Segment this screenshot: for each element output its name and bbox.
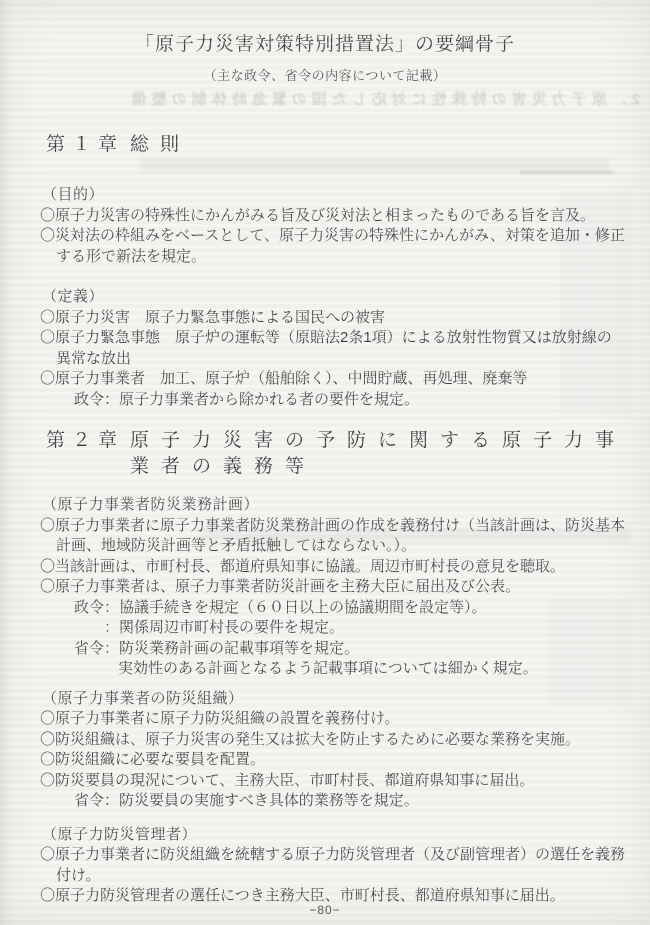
section-label: （原子力事業者の防災組織） bbox=[0, 689, 650, 710]
chapter-heading: 第１章総則 bbox=[0, 132, 650, 158]
text-line: 〇防災要員の現況について、主務大臣、市町村長、都道府県知事に届出。 bbox=[0, 771, 650, 792]
document-body: 第１章総則（目的）〇原子力災害の特殊性にかんがみる旨及び災対法と相まったものであ… bbox=[0, 132, 650, 907]
chapter-title-line: 業者の義務等 bbox=[130, 454, 626, 480]
chapter-title-line: 総則 bbox=[130, 132, 190, 158]
chapter-title: 総則 bbox=[130, 132, 190, 158]
page-number: −80− bbox=[0, 903, 650, 917]
text-line: 政令：協議手続きを規定（６０日以上の協議期間を設定等）。 bbox=[0, 598, 650, 619]
chapter-title: 原子力災害の予防に関する原子力事業者の義務等 bbox=[130, 428, 626, 480]
text-line: 〇原子力緊急事態 原子炉の運転等（原賠法2条1項）による放射性物質又は放射線の bbox=[0, 328, 650, 349]
section-label: （原子力事業者防災業務計画） bbox=[0, 495, 650, 516]
document-section: （原子力事業者防災業務計画）〇原子力事業者に原子力事業者防災業務計画の作成を義務… bbox=[0, 495, 650, 680]
text-line: 省令：防災業務計画の記載事項等を規定。 bbox=[0, 639, 650, 660]
section-label: （定義） bbox=[0, 287, 650, 308]
document-section: （目的）〇原子力災害の特殊性にかんがみる旨及び災対法と相まったものである旨を言及… bbox=[0, 185, 650, 267]
chapter-heading: 第２章原子力災害の予防に関する原子力事業者の義務等 bbox=[0, 428, 650, 480]
text-line: 〇原子力事業者は、原子力事業者防災計画を主務大臣に届出及び公表。 bbox=[0, 577, 650, 598]
chapter-title-line: 原子力災害の予防に関する原子力事 bbox=[130, 428, 626, 454]
scanned-document-page: 「原子力災害対策特別措置法」の要綱骨子 （主な政令、省令の内容について記載） 2… bbox=[0, 0, 650, 925]
chapter-1: 第１章総則（目的）〇原子力災害の特殊性にかんがみる旨及び災対法と相まったものであ… bbox=[0, 132, 650, 410]
document-section: （定義）〇原子力災害 原子力緊急事態による国民への被害〇原子力緊急事態 原子炉の… bbox=[0, 287, 650, 410]
document-subtitle: （主な政令、省令の内容について記載） bbox=[0, 67, 650, 85]
document-section: （原子力事業者の防災組織）〇原子力事業者に原子力防災組織の設置を義務付け。〇防災… bbox=[0, 689, 650, 812]
text-line: 省令：防災要員の実施すべき具体的業務等を規定。 bbox=[0, 791, 650, 812]
text-line: 計画、地域防災計画等と矛盾抵触してはならない。）。 bbox=[0, 536, 650, 557]
text-line: 〇防災組織に必要な要員を配置。 bbox=[0, 750, 650, 771]
text-line: 〇原子力事業者に原子力防災組織の設置を義務付け。 bbox=[0, 709, 650, 730]
text-line: 政令：原子力事業者から除かれる者の要件を規定。 bbox=[0, 390, 650, 411]
text-line: 〇原子力災害 原子力緊急事態による国民への被害 bbox=[0, 308, 650, 329]
chapter-number: 第１章 bbox=[46, 132, 130, 158]
text-line: する形で新法を規定。 bbox=[0, 247, 650, 268]
chapter-number: 第２章 bbox=[46, 428, 130, 454]
ink-bleedthrough-text: 2．原子力災害の特殊性に対応した国の緊急時体制の整備 bbox=[100, 88, 640, 110]
chapter-2: 第２章原子力災害の予防に関する原子力事業者の義務等（原子力事業者防災業務計画）〇… bbox=[0, 428, 650, 907]
section-label: （原子力防災管理者） bbox=[0, 825, 650, 846]
text-line: 〇原子力事業者に防災組織を統轄する原子力防災管理者（及び副管理者）の選任を義務 bbox=[0, 845, 650, 866]
section-label: （目的） bbox=[0, 185, 650, 206]
document-title: 「原子力災害対策特別措置法」の要綱骨子 bbox=[0, 0, 650, 58]
text-line: ：関係周辺市町村長の要件を規定。 bbox=[0, 618, 650, 639]
text-line: 付け。 bbox=[0, 866, 650, 887]
document-section: （原子力防災管理者）〇原子力事業者に防災組織を統轄する原子力防災管理者（及び副管… bbox=[0, 825, 650, 907]
text-line: 実効性のある計画となるよう記載事項については細かく規定。 bbox=[0, 659, 650, 680]
text-line: 〇原子力事業者 加工、原子炉（船舶除く）、中間貯蔵、再処理、廃棄等 bbox=[0, 369, 650, 390]
text-line: 〇防災組織は、原子力災害の発生又は拡大を防止するために必要な業務を実施。 bbox=[0, 730, 650, 751]
text-line: 異常な放出 bbox=[0, 349, 650, 370]
text-line: 〇災対法の枠組みをベースとして、原子力災害の特殊性にかんがみ、対策を追加・修正 bbox=[0, 226, 650, 247]
text-line: 〇原子力災害の特殊性にかんがみる旨及び災対法と相まったものである旨を言及。 bbox=[0, 206, 650, 227]
text-line: 〇原子力事業者に原子力事業者防災業務計画の作成を義務付け（当該計画は、防災基本 bbox=[0, 516, 650, 537]
text-line: 〇当該計画は、市町村長、都道府県知事に協議。周辺市町村長の意見を聴取。 bbox=[0, 557, 650, 578]
